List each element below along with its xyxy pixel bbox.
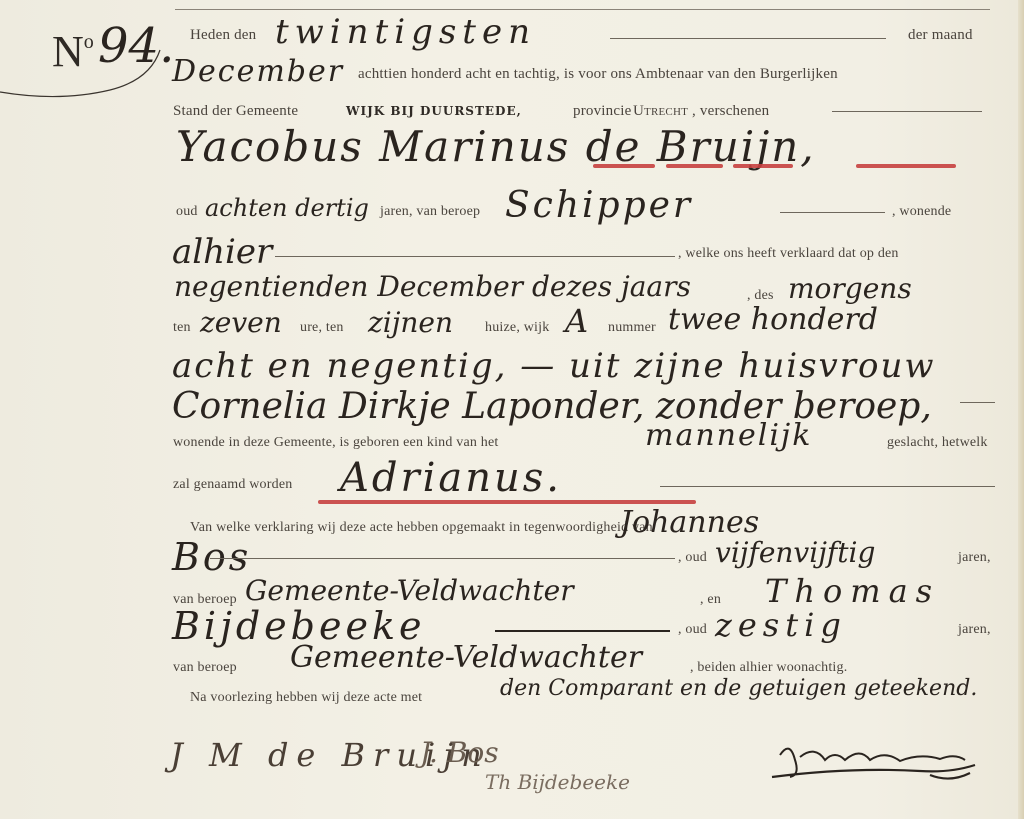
document-page: No 94. Heden den twintigsten der maand D… [0, 0, 1024, 819]
witness1-occupation: Gemeente-Veldwachter [245, 574, 574, 607]
fill-line [832, 111, 982, 112]
text-huize-wijk: huize, wijk [485, 320, 549, 336]
red-underline [318, 500, 696, 504]
text-heden: Heden den [190, 27, 256, 44]
text-van-welke: Van welke verklaring wij deze acte hebbe… [190, 520, 653, 536]
red-underline [856, 164, 956, 168]
witness2-first-name: Thomas [765, 572, 940, 610]
text-jaren: jaren, [958, 622, 991, 638]
municipality-name: WIJK BIJ DUURSTEDE, [346, 104, 522, 118]
fill-line [780, 212, 885, 213]
hand-zijnen: zijnen [368, 306, 453, 339]
red-underline [666, 164, 723, 168]
witness2-age: zestig [715, 606, 847, 644]
hand-day: twintigsten [275, 12, 536, 52]
text-provincie: provincie [573, 103, 631, 120]
hand-signatories: den Comparant en de getuigen geteekend. [500, 676, 977, 701]
text-geslacht: geslacht, hetwelk [887, 435, 988, 451]
text-oud: , oud [678, 622, 707, 638]
hand-birth-date: negentienden December dezes jaars [174, 270, 691, 303]
text-jaren: jaren, [958, 550, 991, 566]
witness1-surname: Bos [172, 535, 251, 579]
declarant-age: achten dertig [205, 194, 369, 222]
fill-line [210, 558, 675, 559]
text-ure-ten: ure, ten [300, 320, 344, 336]
hand-house-number-a: twee honderd [668, 302, 878, 337]
province-name: Utrecht [633, 103, 688, 120]
signature-official [770, 735, 990, 795]
text-stand-der-gemeente: Stand der Gemeente [173, 103, 298, 120]
text-beiden-alhier: , beiden alhier woonachtig. [690, 660, 847, 676]
top-rule [175, 9, 990, 10]
text-zal-genaamd: zal genaamd worden [173, 477, 292, 493]
text-year-line: achttien honderd acht en tachtig, is voo… [358, 66, 838, 83]
mother-name: Cornelia Dirkje Laponder, zonder beroep, [172, 386, 932, 427]
fill-line [275, 256, 675, 257]
fill-line [960, 402, 995, 403]
hand-house-number-b: acht en negentig, — uit zijne huisvrouw [172, 346, 935, 386]
hand-sex: mannelijk [645, 418, 812, 453]
declarant-occupation: Schipper [505, 185, 693, 226]
fill-line [610, 38, 886, 39]
hand-time-of-day: morgens [788, 272, 912, 305]
red-underline [593, 164, 655, 168]
fill-line [495, 630, 670, 632]
witness1-age: vijfenvijftig [715, 536, 875, 569]
hand-month: December [172, 54, 344, 89]
page-edge [1018, 0, 1024, 819]
signature-witness1: J. Bos [420, 736, 499, 769]
text-na-voorlezing: Na voorlezing hebben wij deze acte met [190, 690, 422, 706]
text-wonende: , wonende [892, 204, 951, 220]
hand-wijk: A [565, 302, 588, 340]
signature-witness2: Th Bijdebeeke [485, 770, 630, 794]
witness2-occupation: Gemeente-Veldwachter [290, 640, 642, 675]
witness1-first-name: Johannes [620, 505, 759, 540]
text-oud: , oud [678, 550, 707, 566]
declarant-residence: alhier [172, 232, 272, 272]
record-number-flourish [0, 40, 200, 100]
text-oud: oud [176, 204, 198, 220]
text-nummer: nummer [608, 320, 656, 336]
text-verschenen: , verschenen [692, 103, 769, 120]
text-jaren-beroep: jaren, van beroep [380, 204, 480, 220]
fill-line [660, 486, 995, 487]
text-ten: ten [173, 320, 191, 336]
red-underline [733, 164, 793, 168]
child-name: Adrianus. [340, 455, 562, 501]
text-van-beroep: van beroep [173, 660, 237, 676]
hand-hour: zeven [200, 306, 282, 339]
text-welke-ons: , welke ons heeft verklaard dat op den [678, 246, 899, 262]
text-der-maand: der maand [908, 27, 973, 44]
text-wonende-geboren: wonende in deze Gemeente, is geboren een… [173, 435, 498, 451]
